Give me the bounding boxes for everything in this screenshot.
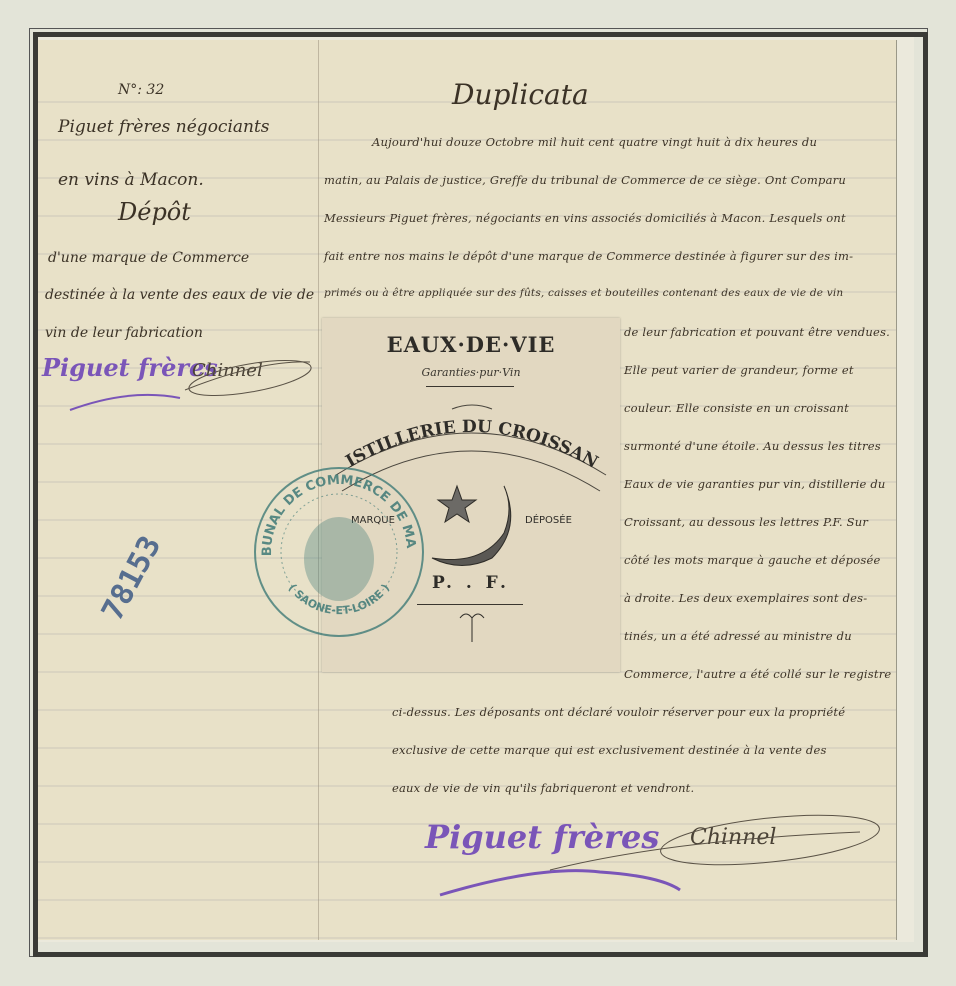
deposit-heading: Dépôt <box>118 198 191 226</box>
label-heading: EAUX·DE·VIE <box>322 332 620 357</box>
body-line: exclusive de cette marque qui est exclus… <box>392 743 827 757</box>
signature-flourish <box>40 350 330 420</box>
label-right-word: DÉPOSÉE <box>525 515 572 526</box>
body-line: à droite. Les deux exemplaires sont des- <box>624 591 867 605</box>
body-line: couleur. Elle consiste en un croissant <box>624 401 849 415</box>
body-line: Commerce, l'autre a été collé sur le reg… <box>624 667 891 681</box>
ornament-rule <box>417 604 523 605</box>
body-line: de leur fabrication et pouvant être vend… <box>624 325 890 339</box>
body-line: Eaux de vie garanties pur vin, distiller… <box>624 477 886 491</box>
body-line: Croissant, au dessous les lettres P.F. S… <box>624 515 868 529</box>
body-line: tinés, un a été adressé au ministre du <box>624 629 852 643</box>
body-line: eaux de vie de vin qu'ils fabriqueront e… <box>392 781 694 795</box>
ornament-rule <box>426 386 514 387</box>
body-line: côté les mots marque à gauche et déposée <box>624 553 880 567</box>
body-line: surmonté d'une étoile. Au dessus les tit… <box>624 439 881 453</box>
body-line: fait entre nos mains le dépôt d'une marq… <box>324 249 853 263</box>
court-seal-stamp: TRIBUNAL DE COMMERCE DE MACON ( SAONE-ET… <box>251 464 426 639</box>
description-line-3: vin de leur fabrication <box>45 325 203 341</box>
document-title: Duplicata <box>452 78 589 111</box>
body-line: matin, au Palais de justice, Greffe du t… <box>324 173 846 187</box>
crescent-star-emblem <box>422 478 522 573</box>
arched-title: DISTILLERIE DU CROISSANT <box>322 403 601 473</box>
body-line: Aujourd'hui douze Octobre mil huit cent … <box>372 135 817 149</box>
body-line: Messieurs Piguet frères, négociants en v… <box>324 211 846 225</box>
body-line: primés ou à être appliquée sur des fûts,… <box>324 287 843 299</box>
main-signature-flourish <box>420 810 900 900</box>
svg-text:DISTILLERIE DU CROISSANT: DISTILLERIE DU CROISSANT <box>322 403 601 473</box>
depositor-line-2: en vins à Macon. <box>58 170 204 190</box>
entry-number: N°: 32 <box>118 82 164 98</box>
body-line: Elle peut varier de grandeur, forme et <box>624 363 854 377</box>
label-subheading: Garanties·pur·Vin <box>322 366 620 379</box>
ornament-flourish <box>452 608 492 648</box>
description-line-1: d'une marque de Commerce <box>48 250 249 266</box>
body-line: ci-dessus. Les déposants ont déclaré vou… <box>392 705 845 719</box>
depositor-line-1: Piguet frères négociants <box>58 117 270 137</box>
description-line-2: destinée à la vente des eaux de vie de <box>45 287 314 303</box>
